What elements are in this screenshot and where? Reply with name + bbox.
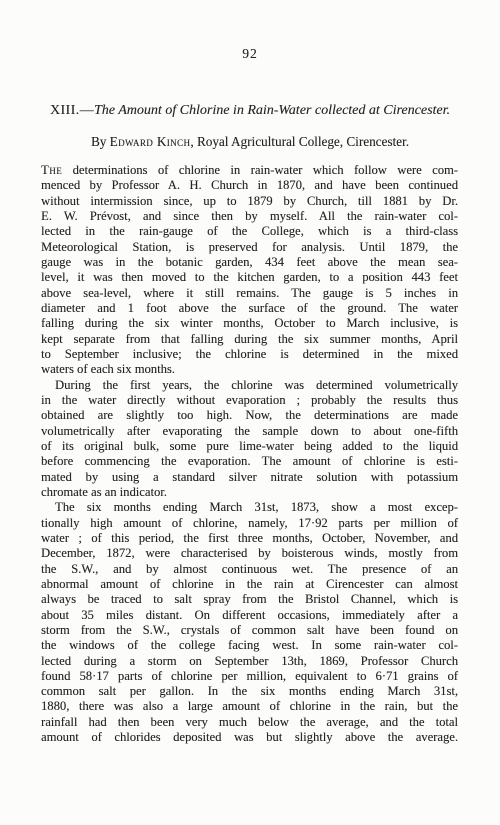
byline-suffix: , Royal Agricultural College, Cirenceste…	[190, 134, 409, 149]
text-line: December, 1872, were characterised by bo…	[41, 546, 458, 561]
text-line: falling during the six winter months, Oc…	[41, 316, 458, 331]
text-line: before commencing the evaporation. The a…	[41, 454, 458, 469]
text-line: menced by Professor A. H. Church in 1870…	[41, 178, 458, 193]
text-line: rainfall had then been very much below t…	[41, 715, 458, 730]
text-line: Meteorological Station, is preserved for…	[41, 240, 458, 255]
text-line: lected in the rain-gauge of the College,…	[41, 224, 458, 239]
text-line: chromate as an indicator.	[41, 485, 458, 500]
text-line: The six months ending March 31st, 1873, …	[41, 500, 458, 515]
text-line: in the water directly without evaporatio…	[41, 393, 458, 408]
text-line: the S.W., and by almost continuous wet. …	[41, 562, 458, 577]
text-line: During the first years, the chlorine was…	[41, 378, 458, 393]
text-line: diameter and 1 foot above the surface of…	[41, 301, 458, 316]
text-line: The determinations of chlorine in rain-w…	[41, 163, 458, 178]
text-line: water ; of this period, the first three …	[41, 531, 458, 546]
text-line: mated by using a standard silver nitrate…	[41, 470, 458, 485]
text-line: amount of chlorides deposited was but sl…	[41, 730, 458, 745]
text-line: tionally high amount of chlorine, namely…	[41, 516, 458, 531]
byline-prefix: By	[91, 134, 110, 149]
text-line: volumetrically after evaporating the sam…	[41, 424, 458, 439]
byline-author: Edward Kinch	[110, 134, 191, 149]
text-line: to September inclusive; the chlorine is …	[41, 347, 458, 362]
text-line: found 58·17 parts of chlorine per millio…	[41, 669, 458, 684]
text-line: level, it was then moved to the kitchen …	[41, 270, 458, 285]
article-heading-number: XIII.—	[50, 103, 94, 118]
text-line: 1880, there was also a large amount of c…	[41, 699, 458, 714]
paragraph: The determinations of chlorine in rain-w…	[41, 163, 458, 378]
text-line: obtained are slightly too high. Now, the…	[41, 408, 458, 423]
article-body: The determinations of chlorine in rain-w…	[41, 163, 458, 745]
text-line: storm from the S.W., crystals of common …	[41, 623, 458, 638]
document-page: 92 XIII.—The Amount of Chlorine in Rain-…	[0, 0, 500, 825]
page-number: 92	[0, 46, 500, 62]
text-line: gauge was in the botanic garden, 434 fee…	[41, 255, 458, 270]
text-line: always be traced to salt spray from the …	[41, 592, 458, 607]
text-line: E. W. Prévost, and since then by myself.…	[41, 209, 458, 224]
text-line: without intermission since, up to 1879 b…	[41, 194, 458, 209]
text-line: about 35 miles distant. On different occ…	[41, 608, 458, 623]
article-heading: XIII.—The Amount of Chlorine in Rain-Wat…	[20, 103, 480, 119]
article-byline: By Edward Kinch, Royal Agricultural Coll…	[20, 134, 480, 150]
paragraph-lead-word: The	[41, 163, 62, 177]
text-line: the windows of the college facing west. …	[41, 638, 458, 653]
text-line: abnormal amount of chlorine in the rain …	[41, 577, 458, 592]
text-line: waters of each six months.	[41, 362, 458, 377]
paragraph: During the first years, the chlorine was…	[41, 378, 458, 501]
text-line: common salt per gallon. In the six month…	[41, 684, 458, 699]
text-line: lected during a storm on September 13th,…	[41, 654, 458, 669]
text-line: above sea-level, where it still remains.…	[41, 286, 458, 301]
text-line: of its original bulk, some pure lime-wat…	[41, 439, 458, 454]
text-line: kept separate from that falling during t…	[41, 332, 458, 347]
paragraph: The six months ending March 31st, 1873, …	[41, 500, 458, 745]
article-heading-title: The Amount of Chlorine in Rain-Water col…	[94, 103, 450, 118]
